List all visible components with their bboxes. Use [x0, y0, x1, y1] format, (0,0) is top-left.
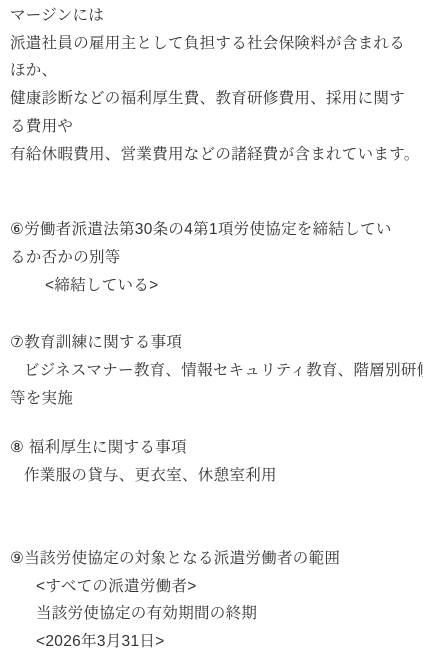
intro-line-6: 有給休暇費用、営業費用などの諸経費が含まれています。 [10, 141, 415, 169]
item-8-detail: 作業服の貸与、更衣室、休憩室利用 [10, 462, 415, 490]
item-7-section: ⑦教育訓練に関する事項 ビジネスマナー教育、情報セキュリティ教育、階層別研修 等… [10, 329, 415, 412]
item-9-subtitle: 当該労使協定の有効期間の終期 [10, 600, 415, 628]
document-body: マージンには 派遣社員の雇用主として負担する社会保険料が含まれる ほか、 健康診… [0, 0, 423, 659]
intro-line-4: 健康診断などの福利厚生費、教育研修費用、採用に関す [10, 85, 415, 113]
item-7-detail-line-1: ビジネスマナー教育、情報セキュリティ教育、階層別研修 [10, 357, 415, 385]
item-9-section: ⑨当該労使協定の対象となる派遣労働者の範囲 <すべての派遣労働者> 当該労使協定… [10, 545, 415, 656]
item-6-title-line-1: ⑥労働者派遣法第30条の4第1項労使協定を締結してい [10, 216, 415, 244]
item-6-title-line-2: るか否かの別等 [10, 244, 415, 272]
item-8-title: ⑧ 福利厚生に関する事項 [10, 434, 415, 462]
intro-paragraph: マージンには 派遣社員の雇用主として負担する社会保険料が含まれる ほか、 健康診… [10, 2, 415, 168]
item-9-title: ⑨当該労使協定の対象となる派遣労働者の範囲 [10, 545, 415, 573]
intro-line-5: る費用や [10, 113, 415, 141]
item-8-section: ⑧ 福利厚生に関する事項 作業服の貸与、更衣室、休憩室利用 [10, 434, 415, 489]
intro-line-2: 派遣社員の雇用主として負担する社会保険料が含まれる [10, 30, 415, 58]
item-9-scope-value: <すべての派遣労働者> [10, 573, 415, 601]
item-7-detail-line-2: 等を実施 [10, 385, 415, 413]
item-7-title: ⑦教育訓練に関する事項 [10, 329, 415, 357]
item-6-section: ⑥労働者派遣法第30条の4第1項労使協定を締結してい るか否かの別等 <締結して… [10, 216, 415, 299]
intro-line-1: マージンには [10, 2, 415, 30]
item-9-end-date-value: <2026年3月31日> [10, 628, 415, 656]
intro-line-3: ほか、 [10, 57, 415, 85]
item-6-value: <締結している> [10, 272, 415, 300]
